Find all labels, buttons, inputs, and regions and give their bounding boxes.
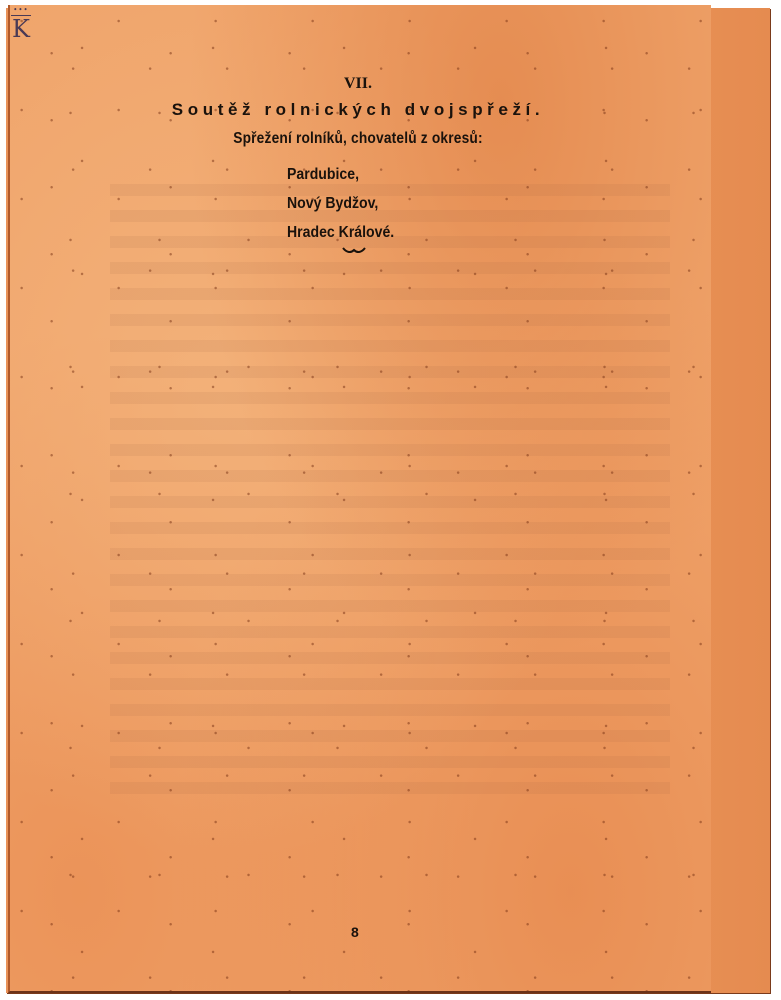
logo-letter: K: [8, 16, 34, 42]
page-number: 8: [351, 924, 359, 940]
document-page: [8, 5, 711, 993]
district-item: Hradec Králové.: [287, 218, 394, 247]
district-list: Pardubice, Nový Bydžov, Hradec Králové.: [287, 160, 409, 247]
tilde-ornament-icon: [342, 246, 366, 254]
section-title: Soutěž rolnických dvojspřeží.: [0, 100, 716, 120]
crown-dots-icon: •••: [8, 6, 34, 14]
district-item: Pardubice,: [287, 160, 394, 189]
section-number: VII.: [0, 75, 716, 93]
bleed-through-texture: [110, 170, 670, 800]
library-logo: ••• K: [8, 6, 34, 46]
section-subtitle: Spřežení rolníků, chovatelů z okresů:: [50, 130, 666, 148]
district-item: Nový Bydžov,: [287, 189, 394, 218]
